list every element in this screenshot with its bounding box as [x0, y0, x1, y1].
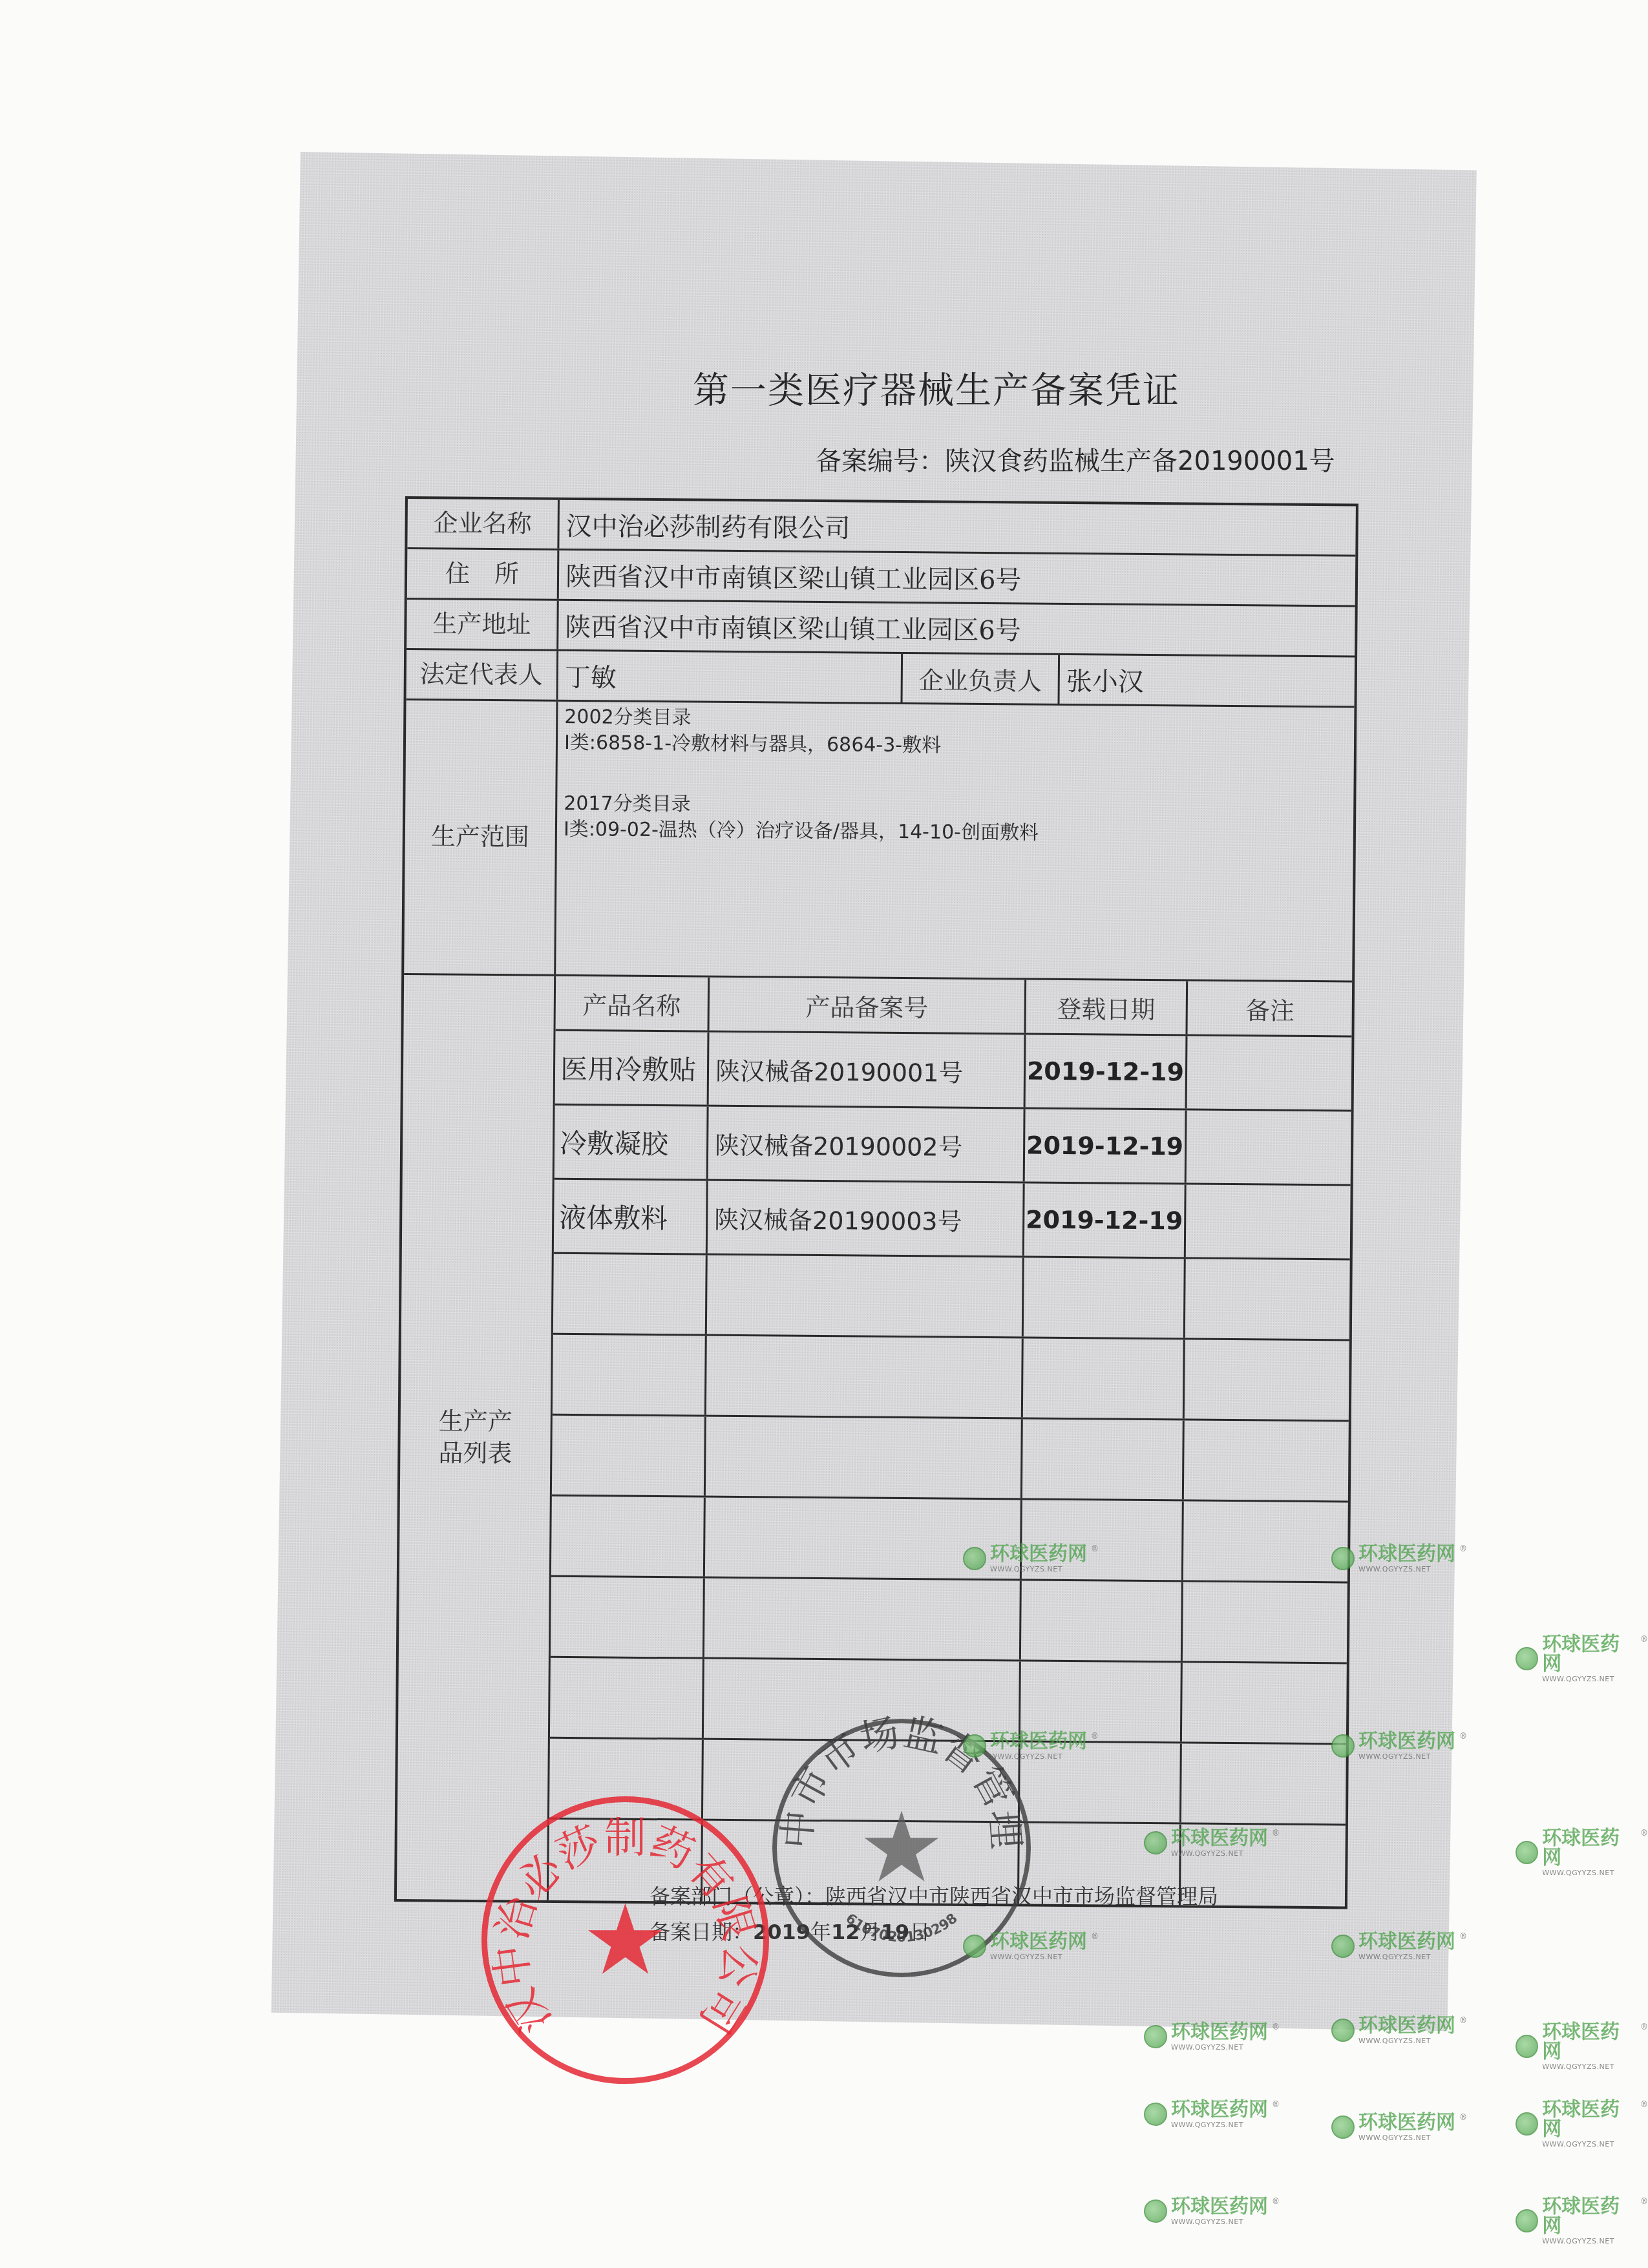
watermark-name: 环球医药网	[1542, 2197, 1636, 2236]
row-company-name: 企业名称 汉中治必莎制药有限公司	[407, 499, 1356, 557]
row-domicile: 住 所 陕西省汉中市南镇区梁山镇工业园区6号	[407, 549, 1356, 607]
globe-icon	[1331, 1935, 1355, 1958]
registered-mark: ®	[1272, 2022, 1280, 2032]
watermark-url: WWW.QGYYZS.NET	[1358, 1566, 1455, 1573]
empty-cell	[553, 1335, 707, 1415]
svg-text:6107020130298: 6107020130298	[843, 1910, 961, 1945]
registered-mark: ®	[1459, 1544, 1467, 1553]
empty-cell	[1185, 1259, 1350, 1339]
watermark-url: WWW.QGYYZS.NET	[1358, 2134, 1455, 2141]
scope-items: I类:09-02-温热（冷）治疗设备/器具，14-10-创面敷料	[564, 817, 1039, 846]
company-head-label: 企业负责人	[903, 654, 1061, 704]
registered-mark: ®	[1459, 1732, 1467, 1741]
watermark: 环球医药网WWW.QGYYZS.NET®	[1516, 2100, 1648, 2148]
watermark-name: 环球医药网	[1358, 2113, 1455, 2132]
globe-icon	[1331, 1547, 1355, 1570]
watermark: 环球医药网WWW.QGYYZS.NET®	[1331, 2016, 1467, 2044]
table-row-empty	[553, 1254, 1350, 1341]
watermark-url: WWW.QGYYZS.NET	[1542, 2141, 1636, 2148]
header-product-name: 产品名称	[556, 976, 710, 1031]
star-icon: ★	[858, 1800, 945, 1896]
watermark-url: WWW.QGYYZS.NET	[1171, 2121, 1268, 2128]
star-icon: ★	[582, 1892, 668, 1989]
watermark: 环球医药网WWW.QGYYZS.NET®	[1331, 1544, 1467, 1573]
watermark: 环球医药网WWW.QGYYZS.NET®	[1144, 1829, 1280, 1857]
empty-cell	[550, 1658, 704, 1738]
document-title: 第一类医疗器械生产备案凭证	[693, 362, 1180, 414]
empty-cell	[704, 1579, 1022, 1660]
globe-icon	[1144, 2025, 1167, 2048]
globe-icon	[1516, 2112, 1538, 2136]
company-name-label: 企业名称	[407, 499, 560, 549]
watermark-name: 环球医药网	[1358, 2016, 1455, 2035]
empty-cell	[1024, 1258, 1186, 1338]
registered-mark: ®	[1640, 1635, 1648, 1644]
product-name: 医用冷敷贴	[555, 1031, 710, 1105]
watermark: 环球医药网WWW.QGYYZS.NET®	[1144, 2100, 1280, 2128]
empty-cell	[706, 1336, 1024, 1418]
filing-number-label: 备案编号：	[816, 446, 945, 476]
watermark-url: WWW.QGYYZS.NET	[990, 1753, 1087, 1760]
product-date: 2019-12-19	[1026, 1035, 1188, 1109]
header-date: 登载日期	[1026, 980, 1188, 1034]
registered-mark: ®	[1091, 1732, 1099, 1741]
registered-mark: ®	[1272, 2197, 1280, 2206]
header-product-number: 产品备案号	[710, 978, 1027, 1033]
watermark-url: WWW.QGYYZS.NET	[1542, 2063, 1636, 2070]
row-production-scope: 生产范围 2002分类目录 I类:6858-1-冷敷材料与器具，6864-3-敷…	[404, 700, 1354, 983]
globe-icon	[1516, 2035, 1538, 2058]
table-row-empty	[552, 1416, 1349, 1503]
watermark: 环球医药网WWW.QGYYZS.NET®	[1516, 1829, 1648, 1876]
empty-cell	[1183, 1582, 1347, 1663]
watermark-name: 环球医药网	[1358, 1732, 1455, 1751]
empty-cell	[1185, 1340, 1349, 1420]
product-number: 陕汉械备20190002号	[708, 1107, 1026, 1182]
watermark-url: WWW.QGYYZS.NET	[1542, 1675, 1636, 1683]
row-legal-representative: 法定代表人 丁敏 企业负责人 张小汉	[407, 650, 1355, 708]
registered-mark: ®	[1272, 2100, 1280, 2109]
table-row-empty	[551, 1496, 1348, 1584]
product-table-header: 产品名称 产品备案号 登载日期 备注	[556, 976, 1353, 1038]
empty-cell	[1184, 1421, 1349, 1501]
globe-icon	[1516, 2209, 1538, 2232]
globe-icon	[963, 1734, 986, 1758]
products-label: 生产产品列表	[397, 975, 556, 1900]
watermark: 环球医药网WWW.QGYYZS.NET®	[1516, 2197, 1648, 2245]
watermark: 环球医药网WWW.QGYYZS.NET®	[963, 1932, 1099, 1960]
registered-mark: ®	[1640, 2022, 1648, 2032]
watermark-name: 环球医药网	[1171, 2197, 1268, 2216]
registered-mark: ®	[1640, 2100, 1648, 2109]
watermark-url: WWW.QGYYZS.NET	[1171, 2218, 1268, 2225]
watermark: 环球医药网WWW.QGYYZS.NET®	[1516, 1635, 1648, 1683]
watermark-url: WWW.QGYYZS.NET	[1542, 1869, 1636, 1876]
product-note	[1187, 1111, 1351, 1184]
registered-mark: ®	[1640, 1829, 1648, 1838]
registered-mark: ®	[1091, 1932, 1099, 1941]
certificate-table: 企业名称 汉中治必莎制药有限公司 住 所 陕西省汉中市南镇区梁山镇工业园区6号 …	[394, 496, 1358, 1909]
scope-block-2017: 2017分类目录 I类:09-02-温热（冷）治疗设备/器具，14-10-创面敷…	[564, 791, 1039, 846]
registered-mark: ®	[1091, 1544, 1099, 1553]
watermark: 环球医药网WWW.QGYYZS.NET®	[963, 1732, 1099, 1760]
globe-icon	[1331, 2019, 1355, 2042]
watermark-name: 环球医药网	[990, 1732, 1087, 1751]
watermark-name: 环球医药网	[1542, 2100, 1636, 2139]
globe-icon	[1331, 1734, 1355, 1758]
watermark-name: 环球医药网	[990, 1932, 1087, 1951]
watermark-name: 环球医药网	[1358, 1932, 1455, 1951]
product-date: 2019-12-19	[1024, 1184, 1187, 1257]
watermark-url: WWW.QGYYZS.NET	[1358, 1753, 1455, 1760]
domicile-value: 陕西省汉中市南镇区梁山镇工业园区6号	[559, 551, 1356, 605]
registered-mark: ®	[1640, 2197, 1648, 2206]
watermark: 环球医药网WWW.QGYYZS.NET®	[963, 1544, 1099, 1573]
empty-cell	[1023, 1339, 1185, 1419]
company-name-value: 汉中治必莎制药有限公司	[559, 500, 1356, 555]
product-name: 液体敷料	[554, 1180, 708, 1254]
registered-mark: ®	[1459, 2113, 1467, 2122]
empty-cell	[1182, 1663, 1347, 1743]
watermark-url: WWW.QGYYZS.NET	[1171, 2044, 1268, 2051]
row-production-address: 生产地址 陕西省汉中市南镇区梁山镇工业园区6号	[407, 600, 1355, 658]
watermark-name: 环球医药网	[1358, 1544, 1455, 1564]
table-row-empty	[551, 1577, 1347, 1664]
scope-catalog: 2017分类目录	[564, 791, 1039, 821]
globe-icon	[1144, 1831, 1167, 1854]
watermark-url: WWW.QGYYZS.NET	[1542, 2238, 1636, 2245]
table-row: 液体敷料 陕汉械备20190003号 2019-12-19	[554, 1180, 1351, 1261]
watermark-url: WWW.QGYYZS.NET	[1171, 1850, 1268, 1857]
watermark-name: 环球医药网	[1542, 2022, 1636, 2061]
legal-rep-value: 丁敏	[558, 651, 903, 702]
empty-cell	[1181, 1743, 1346, 1823]
table-row: 冷敷凝胶 陕汉械备20190002号 2019-12-19	[555, 1106, 1351, 1186]
company-head-value: 张小汉	[1060, 655, 1355, 706]
watermark: 环球医药网WWW.QGYYZS.NET®	[1331, 1732, 1467, 1760]
production-address-value: 陕西省汉中市南镇区梁山镇工业园区6号	[558, 601, 1355, 656]
product-note	[1187, 1036, 1352, 1110]
registered-mark: ®	[1459, 2016, 1467, 2025]
header-note: 备注	[1187, 982, 1352, 1036]
watermark-url: WWW.QGYYZS.NET	[1358, 1953, 1455, 1960]
empty-cell	[552, 1416, 706, 1496]
globe-icon	[1144, 2200, 1167, 2223]
watermark-url: WWW.QGYYZS.NET	[1358, 2037, 1455, 2044]
empty-cell	[706, 1417, 1023, 1498]
globe-icon	[1516, 1841, 1538, 1864]
company-seal: 汉中治必莎制药有限公司 ★	[481, 1796, 769, 2084]
registered-mark: ®	[1272, 1829, 1280, 1838]
watermark: 环球医药网WWW.QGYYZS.NET®	[1144, 2197, 1280, 2225]
domicile-label: 住 所	[407, 549, 560, 599]
watermark-url: WWW.QGYYZS.NET	[990, 1953, 1087, 1960]
watermark: 环球医药网WWW.QGYYZS.NET®	[1516, 2022, 1648, 2070]
empty-cell	[553, 1254, 708, 1334]
product-note	[1186, 1185, 1351, 1259]
table-row-empty	[553, 1335, 1349, 1422]
product-number: 陕汉械备20190003号	[708, 1181, 1025, 1256]
watermark-name: 环球医药网	[990, 1544, 1087, 1564]
empty-cell	[1183, 1502, 1348, 1582]
product-number: 陕汉械备20190001号	[709, 1033, 1026, 1108]
empty-cell	[551, 1496, 706, 1577]
watermark: 环球医药网WWW.QGYYZS.NET®	[1331, 1932, 1467, 1960]
filing-number: 陕汉食药监械生产备20190001号	[945, 446, 1335, 476]
scope-items: I类:6858-1-冷敷材料与器具，6864-3-敷料	[564, 730, 941, 759]
empty-cell	[1022, 1420, 1185, 1500]
watermark-name: 环球医药网	[1171, 2022, 1268, 2042]
globe-icon	[963, 1547, 986, 1570]
watermark: 环球医药网WWW.QGYYZS.NET®	[1144, 2022, 1280, 2051]
globe-icon	[1331, 2116, 1355, 2139]
scope-value: 2002分类目录 I类:6858-1-冷敷材料与器具，6864-3-敷料 201…	[556, 702, 1354, 981]
watermark: 环球医药网WWW.QGYYZS.NET®	[1331, 2113, 1467, 2141]
scope-block-2002: 2002分类目录 I类:6858-1-冷敷材料与器具，6864-3-敷料	[564, 704, 942, 759]
scope-label: 生产范围	[404, 700, 558, 974]
empty-cell	[1021, 1581, 1183, 1661]
watermark-name: 环球医药网	[1171, 2100, 1268, 2119]
table-row: 医用冷敷贴 陕汉械备20190001号 2019-12-19	[555, 1031, 1352, 1112]
product-name: 冷敷凝胶	[555, 1106, 709, 1179]
watermark-name: 环球医药网	[1542, 1829, 1636, 1867]
globe-icon	[1516, 1647, 1538, 1670]
registered-mark: ®	[1459, 1932, 1467, 1941]
scope-catalog: 2002分类目录	[564, 704, 941, 733]
product-date: 2019-12-19	[1025, 1109, 1187, 1183]
empty-cell	[707, 1255, 1024, 1337]
watermark-name: 环球医药网	[1171, 1829, 1268, 1848]
empty-cell	[551, 1577, 705, 1657]
legal-rep-label: 法定代表人	[407, 650, 559, 700]
globe-icon	[963, 1935, 986, 1958]
watermark-url: WWW.QGYYZS.NET	[990, 1566, 1087, 1573]
globe-icon	[1144, 2103, 1167, 2126]
production-address-label: 生产地址	[407, 600, 559, 649]
filing-number-line: 备案编号：陕汉食药监械生产备20190001号	[816, 441, 1335, 478]
watermark-name: 环球医药网	[1542, 1635, 1636, 1674]
